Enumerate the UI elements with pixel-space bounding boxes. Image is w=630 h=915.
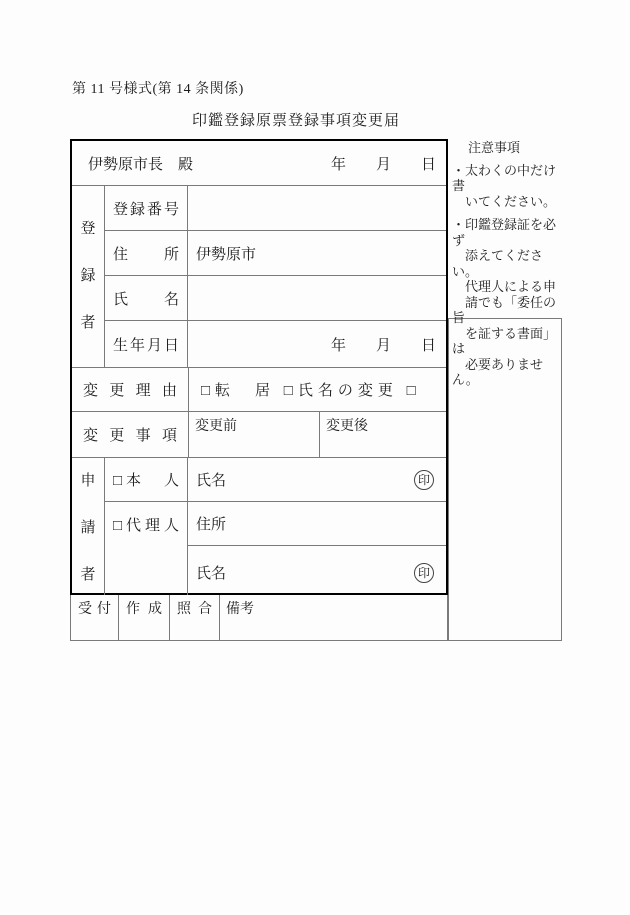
change-after-label: 変更後 [326,419,368,434]
applicant-proxy-rows: □代理人 住所 氏名 印 [105,502,446,599]
change-reason-label-cell: 変更理由 [72,368,189,411]
date-field: 年 月 日 [331,153,436,174]
address-row: 住所 伊勢原市 [105,231,446,276]
name-value-cell [188,276,446,320]
change-before-cell: 変更前 [189,412,320,457]
name-label-cell: 氏名 [105,276,188,320]
applicant-proxy-checkbox-cell: □代理人 [105,502,188,599]
form-page: 第 11 号様式(第 14 条関係) 印鑑登録原票登録事項変更届 伊勢原市長 殿… [0,0,630,915]
creation-label: 作成 [126,598,162,618]
applicant-section: 申 請 者 □本 人 氏名 印 □代理人 [72,458,446,599]
change-after-cell: 変更後 [320,412,446,457]
applicant-section-label: 申 請 者 [72,458,105,599]
applicant-rows: □本 人 氏名 印 □代理人 住所 [105,458,446,599]
registrant-rows: 登録番号 住所 伊勢原市 氏名 [105,186,446,367]
seal-mark-icon: 印 [414,470,434,490]
applicant-proxy-address-label: 住所 [196,513,226,534]
change-items-label-cell: 変更事項 [72,412,189,457]
birthdate-row: 生年月日 年 月 日 [105,321,446,367]
change-items-label: 変更事項 [83,424,177,445]
change-before-label: 変更前 [195,419,237,434]
creation-cell: 作成 [119,595,170,640]
change-reason-row: 変更理由 □転 居 □氏名の変更 □ [72,368,446,412]
birthdate-value: 年 月 日 [331,334,438,355]
name-row: 氏名 [105,276,446,321]
notes-column: 注意事項 ・太わくの中だけ書 いてください。 ・印鑑登録証を必ず 添えてください… [452,140,568,396]
registrant-section: 登 録 者 登録番号 住所 伊勢原市 [72,186,446,368]
applicant-self-name-label: 氏名 [196,469,226,490]
note-item: ・印鑑登録証を必ず 添えてください。 代理人による申 請でも「委任の旨 を証する… [452,217,568,388]
addressee: 伊勢原市長 殿 [88,153,193,174]
applicant-self-row: □本 人 氏名 印 [105,458,446,502]
applicant-proxy-col: 住所 氏名 印 [188,502,446,599]
applicant-self-name-cell: 氏名 印 [188,458,446,501]
applicant-proxy-address-cell: 住所 [188,502,446,546]
applicant-proxy-name-cell: 氏名 印 [188,546,446,599]
address-value: 伊勢原市 [196,243,256,264]
reception-cell: 受付 [71,595,119,640]
form-title: 印鑑登録原票登録事項変更届 [70,109,522,130]
address-label-cell: 住所 [105,231,188,275]
addressee-honorific: 殿 [178,153,193,174]
applicant-proxy-name-label: 氏名 [196,562,226,583]
collation-label: 照合 [177,598,212,618]
registration-number-label: 登録番号 [113,198,179,219]
seal-mark-icon: 印 [414,563,434,583]
applicant-self-checkbox-label: □本 人 [113,469,179,490]
registration-number-row: 登録番号 [105,186,446,231]
applicant-proxy-checkbox-label: □代理人 [113,514,179,535]
registration-number-label-cell: 登録番号 [105,186,188,230]
note-item: ・太わくの中だけ書 いてください。 [452,163,568,210]
change-reason-label: 変更理由 [83,379,177,400]
registration-number-value-cell [188,186,446,230]
reception-label: 受付 [78,598,111,618]
address-label: 住所 [113,243,179,264]
change-reason-options: □転 居 □氏名の変更 □ [189,368,446,411]
addressee-name: 伊勢原市長 [88,153,163,174]
name-label: 氏名 [113,288,179,309]
remarks-label: 備考 [226,598,441,618]
remarks-cell: 備考 [220,595,447,640]
birthdate-label-cell: 生年月日 [105,321,188,367]
main-form-box: 伊勢原市長 殿 年 月 日 登 録 者 登録番号 住所 [70,139,448,595]
header-row: 伊勢原市長 殿 年 月 日 [72,141,446,186]
notes-title: 注意事項 [468,140,568,156]
collation-cell: 照合 [170,595,220,640]
change-items-row: 変更事項 変更前 変更後 [72,412,446,458]
office-use-row: 受付 作成 照合 備考 [70,595,448,641]
address-value-cell: 伊勢原市 [188,231,446,275]
form-number: 第 11 号様式(第 14 条関係) [72,78,244,98]
applicant-self-checkbox-cell: □本 人 [105,458,188,501]
registrant-section-label: 登 録 者 [72,186,105,367]
birthdate-value-cell: 年 月 日 [188,321,446,367]
birthdate-label: 生年月日 [113,334,179,355]
